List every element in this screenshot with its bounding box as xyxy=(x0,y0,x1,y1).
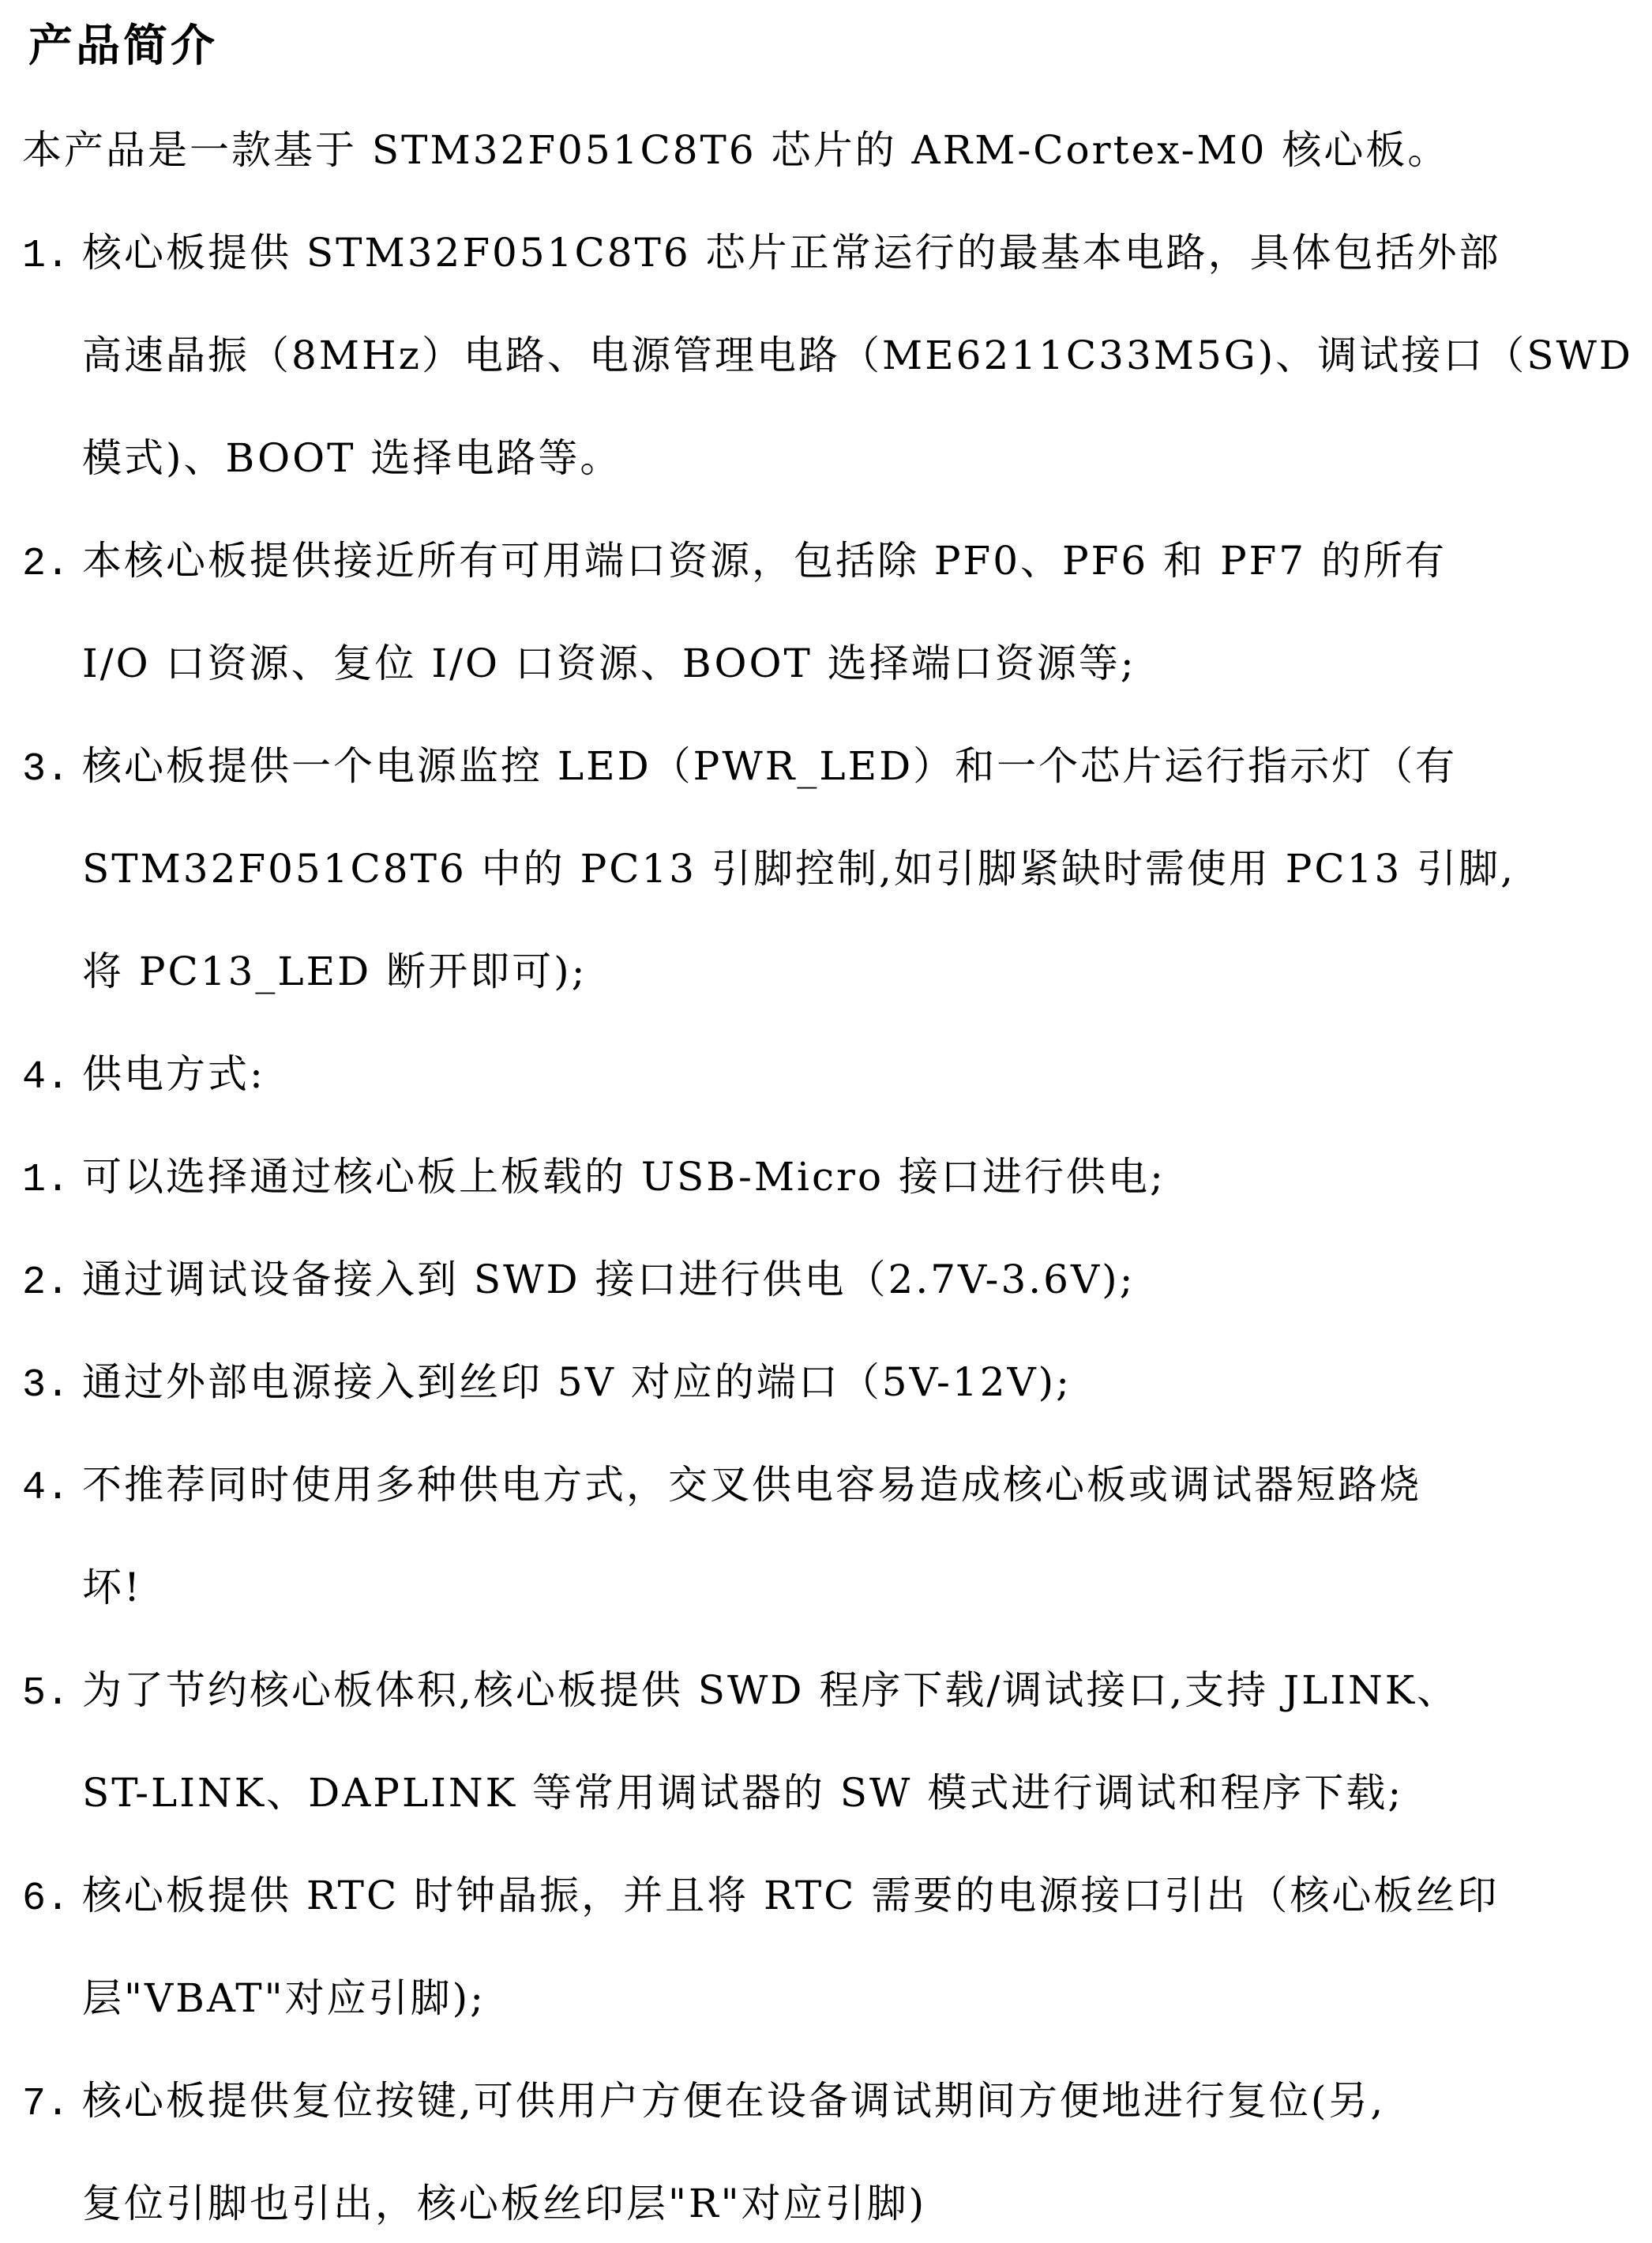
item-text: 为了节约核心板体积,核心板提供 SWD 程序下载/调试接口,支持 JLINK、 xyxy=(82,1667,1459,1713)
item-text-continued: 层"VBAT"对应引脚); xyxy=(82,1971,486,2026)
item-text: 核心板提供复位按键,可供用户方便在设备调试期间方便地进行复位(另, xyxy=(82,2078,1385,2124)
item-number: 1. xyxy=(22,229,82,284)
item-text-continued: I/O 口资源、复位 I/O 口资源、BOOT 选择端口资源等; xyxy=(82,636,1136,691)
item-text-continued: 高速晶振（8MHz）电路、电源管理电路（ME6211C33M5G)、调试接口（S… xyxy=(82,328,1633,383)
item-number: 7. xyxy=(22,2077,82,2132)
item-number: 4. xyxy=(22,1461,82,1516)
item-text-continued: 将 PC13_LED 断开即可); xyxy=(82,944,587,999)
item-text-continued: 模式)、BOOT 选择电路等。 xyxy=(82,430,621,486)
item-text-continued: 复位引脚也引出，核心板丝印层"R"对应引脚) xyxy=(82,2176,926,2231)
item-text-continued: 坏! xyxy=(82,1560,142,1615)
intro-paragraph: 本产品是一款基于 STM32F051C8T6 芯片的 ARM-Cortex-M0… xyxy=(22,122,1449,178)
item-text: 可以选择通过核心板上板载的 USB-Micro 接口进行供电; xyxy=(82,1154,1166,1200)
item-number: 2. xyxy=(22,537,82,592)
item-number: 1. xyxy=(22,1153,82,1208)
item-text: 不推荐同时使用多种供电方式，交叉供电容易造成核心板或调试器短路烧 xyxy=(82,1462,1421,1508)
item-text: 通过调试设备接入到 SWD 接口进行供电（2.7V-3.6V); xyxy=(82,1257,1135,1302)
item-number: 3. xyxy=(22,742,82,798)
item-text-continued: ST-LINK、DAPLINK 等常用调试器的 SW 模式进行调试和程序下载; xyxy=(82,1765,1403,1820)
page-title: 产品简介 xyxy=(28,14,218,77)
document-page: 产品简介 本产品是一款基于 STM32F051C8T6 芯片的 ARM-Cort… xyxy=(0,0,1652,2243)
item-text: 本核心板提供接近所有可用端口资源，包括除 PF0、PF6 和 PF7 的所有 xyxy=(82,538,1447,584)
item-number: 6. xyxy=(22,1872,82,1927)
item-number: 3. xyxy=(22,1358,82,1414)
item-text: 核心板提供 RTC 时钟晶振，并且将 RTC 需要的电源接口引出（核心板丝印 xyxy=(82,1873,1499,1918)
item-text: 核心板提供 STM32F051C8T6 芯片正常运行的最基本电路，具体包括外部 xyxy=(82,230,1501,276)
item-text-continued: STM32F051C8T6 中的 PC13 引脚控制,如引脚紧缺时需使用 PC1… xyxy=(82,841,1515,896)
item-number: 5. xyxy=(22,1666,82,1722)
item-text: 通过外部电源接入到丝印 5V 对应的端口（5V-12V); xyxy=(82,1359,1072,1405)
item-number: 2. xyxy=(22,1256,82,1311)
item-text: 供电方式: xyxy=(82,1051,265,1097)
item-number: 4. xyxy=(22,1050,82,1106)
item-text: 核心板提供一个电源监控 LED（PWR_LED）和一个芯片运行指示灯（有 xyxy=(82,743,1457,789)
